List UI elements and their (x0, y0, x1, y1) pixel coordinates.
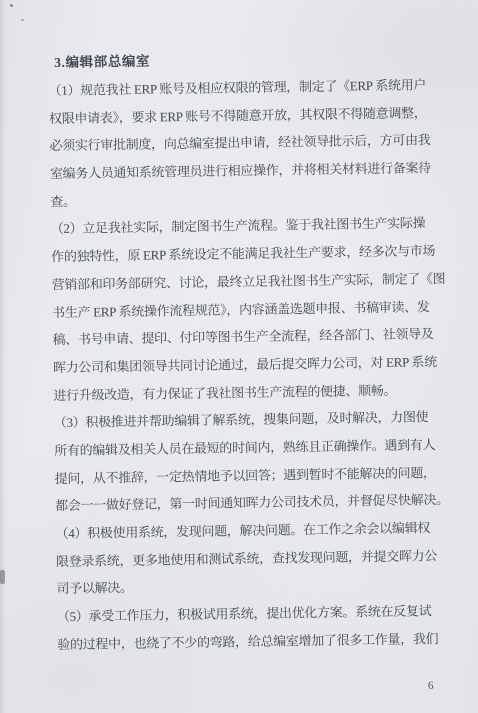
scan-mark-left-edge (0, 570, 5, 584)
section-heading: 3.编辑部总编室 (54, 47, 446, 72)
scan-edge-shadow-left (0, 0, 7, 713)
paragraph: （1）规范我社 ERP 账号及相应权限的管理，制定了《ERP 系统用户权限申请表… (48, 71, 448, 216)
scanned-document-page: 3.编辑部总编室 （1）规范我社 ERP 账号及相应权限的管理，制定了《ERP … (0, 0, 478, 713)
paragraphs: （1）规范我社 ERP 账号及相应权限的管理，制定了《ERP 系统用户权限申请表… (48, 71, 455, 659)
document-text-block: 3.编辑部总编室 （1）规范我社 ERP 账号及相应权限的管理，制定了《ERP … (48, 47, 455, 659)
paragraph: （2）立足我社实际，制定图书生产流程。鉴于我社图书生产实际操作的独特性，原 ER… (51, 209, 452, 409)
page-number: 6 (428, 680, 434, 692)
paragraph: （4）积极使用系统，发现问题，解决问题。在工作之余会以编辑权限登录系统，更多地使… (55, 514, 454, 603)
scan-speck-top-left-2 (21, 19, 24, 21)
paragraph: （5）承受工作压力，积极试用系统，提出优化方案。系统在反复试验的过程中，也绕了不… (57, 597, 456, 659)
paragraph: （3）积极推进并帮助编辑了解系统，搜集问题，及时解决，力图使所有的编辑及相关人员… (54, 403, 454, 520)
text-line: 验的过程中，也绕了不少的弯路，给总编室增加了很多工作量，我们 (57, 625, 455, 659)
scan-speck-top-left (10, 4, 13, 7)
